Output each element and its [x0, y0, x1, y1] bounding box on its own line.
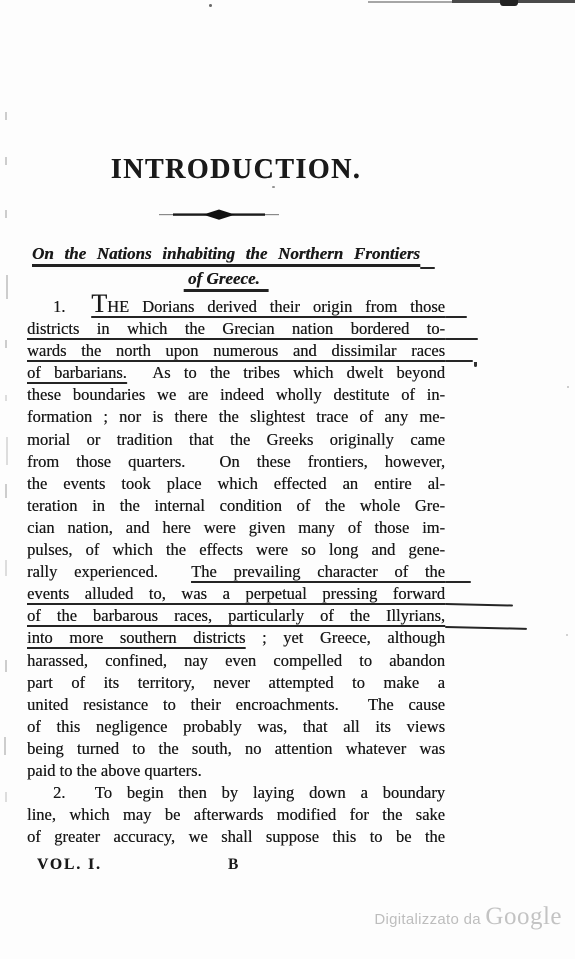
text-segment: of greater accuracy, we shall suppose th…: [27, 827, 445, 846]
scan-edge-dash: [5, 395, 7, 401]
scan-speck: [272, 186, 275, 188]
text-line: pulses, of which the effects were so lon…: [27, 539, 445, 561]
scan-speck: [566, 634, 568, 636]
text-line: 1. THE Dorians derived their origin from…: [27, 296, 445, 318]
signature-mark: B: [228, 856, 238, 874]
text-segment: 1.: [53, 297, 91, 316]
text-segment: harassed, confined, nay even compelled t…: [27, 651, 445, 670]
underlined-text: On the Nations inhabiting the Northern F…: [32, 244, 420, 263]
underlined-text: of barbarians.: [27, 363, 127, 382]
underlined-text: T: [91, 289, 107, 318]
scan-edge-dash: [5, 560, 7, 576]
scan-edge-dash: [4, 737, 6, 755]
text-segment: rally experienced.: [27, 562, 191, 581]
text-segment: of this negligence probably was, that al…: [27, 717, 445, 736]
text-line: of greater accuracy, we shall suppose th…: [27, 826, 445, 848]
text-line: teration in the internal condition of th…: [27, 495, 445, 517]
scan-edge-dash: [5, 157, 7, 165]
text-line: into more southern districts ; yet Greec…: [27, 627, 445, 649]
text-line: 2. To begin then by laying down a bounda…: [27, 782, 445, 804]
text-segment: united resistance to their encroachments…: [27, 695, 445, 714]
underlined-text: of the barbarous races, particularly of …: [27, 606, 445, 625]
google-watermark: Digitalizzato da Google: [374, 903, 562, 931]
underlined-text: of Greece.: [184, 269, 269, 288]
text-line: rally experienced. The prevailing charac…: [27, 561, 445, 583]
text-line: from those quarters. On these frontiers,…: [27, 451, 445, 473]
text-segment: teration in the internal condition of th…: [27, 496, 445, 515]
underlined-text: HE Dorians derived their origin from tho…: [107, 297, 445, 316]
section-divider: [159, 208, 279, 222]
text-line: of barbarians. As to the tribes which dw…: [27, 362, 445, 384]
text-segment: line, which may be afterwards modified f…: [27, 805, 445, 824]
underlined-text: events alluded to, was a perpetual press…: [27, 584, 445, 603]
watermark-prefix: Digitalizzato da: [374, 911, 485, 928]
text-line: part of its territory, never attempted t…: [27, 672, 445, 694]
text-line: formation ; nor is there the slightest t…: [27, 406, 445, 428]
page-title: INTRODUCTION.: [27, 154, 445, 186]
pen-underline-extension: [445, 338, 478, 340]
text-segment: part of its territory, never attempted t…: [27, 673, 445, 692]
pen-underline-extension: [420, 267, 435, 269]
text-segment: As to the tribes which dwelt beyond: [127, 363, 445, 382]
body-text: 1. THE Dorians derived their origin from…: [27, 296, 445, 848]
text-line: wards the north upon numerous and dissim…: [27, 340, 445, 362]
text-line: these boundaries we are indeed wholly de…: [27, 384, 445, 406]
scan-edge-dash: [5, 660, 7, 672]
text-segment: these boundaries we are indeed wholly de…: [27, 385, 445, 404]
heading-line-2: of Greece.: [32, 266, 420, 291]
text-line: harassed, confined, nay even compelled t…: [27, 650, 445, 672]
scan-edge-dash: [5, 792, 7, 802]
text-line: of the barbarous races, particularly of …: [27, 605, 445, 627]
text-segment: formation ; nor is there the slightest t…: [27, 407, 445, 426]
text-line: of this negligence probably was, that al…: [27, 716, 445, 738]
text-segment: being turned to the south, no attention …: [27, 739, 445, 758]
text-line: paid to the above quarters.: [27, 760, 445, 782]
text-line: being turned to the south, no attention …: [27, 738, 445, 760]
text-line: the events took place which effected an …: [27, 473, 445, 495]
google-logo: Google: [485, 903, 562, 930]
pen-underline-extension: [445, 316, 467, 318]
text-segment: cian nation, and here were given many of…: [27, 518, 445, 537]
scan-edge-dash: [6, 275, 8, 299]
volume-label: VOL. I.: [37, 856, 102, 874]
text-line: events alluded to, was a perpetual press…: [27, 583, 445, 605]
text-segment: from those quarters. On these frontiers,…: [27, 452, 445, 471]
scan-edge-dash: [5, 210, 7, 218]
scan-edge-dash: [5, 340, 7, 348]
scan-edge-dash: [6, 437, 8, 465]
scan-artifact-top-blob: [500, 0, 518, 6]
pen-underline-extension: [445, 603, 513, 607]
scan-speck: [209, 4, 212, 7]
pen-comma-mark: [474, 362, 477, 367]
pen-underline-extension: [445, 626, 527, 630]
pen-underline-extension: [445, 581, 471, 583]
text-line: line, which may be afterwards modified f…: [27, 804, 445, 826]
text-segment: pulses, of which the effects were so lon…: [27, 540, 445, 559]
text-line: morial or tradition that the Greeks orig…: [27, 429, 445, 451]
text-segment: ; yet Greece, although: [245, 628, 445, 647]
text-line: cian nation, and here were given many of…: [27, 517, 445, 539]
text-segment: 2. To begin then by laying down a bounda…: [53, 783, 445, 802]
pen-underline-extension: [445, 360, 473, 362]
text-segment: paid to the above quarters.: [27, 761, 202, 780]
scan-speck: [567, 386, 569, 388]
heading-line-1: On the Nations inhabiting the Northern F…: [32, 241, 420, 266]
scanned-book-page: INTRODUCTION. On the Nations inhabiting …: [0, 0, 575, 959]
underlined-text: into more southern districts: [27, 628, 245, 647]
text-segment: the events took place which effected an …: [27, 474, 445, 493]
underlined-text: wards the north upon numerous and dissim…: [27, 341, 445, 360]
underlined-text: districts in which the Grecian nation bo…: [27, 319, 445, 338]
text-segment: morial or tradition that the Greeks orig…: [27, 430, 445, 449]
scan-edge-dash: [5, 484, 7, 498]
text-line: districts in which the Grecian nation bo…: [27, 318, 445, 340]
underlined-text: The prevailing character of the: [191, 562, 445, 581]
scan-edge-dash: [5, 112, 7, 120]
section-heading: On the Nations inhabiting the Northern F…: [32, 241, 420, 291]
text-line: united resistance to their encroachments…: [27, 694, 445, 716]
